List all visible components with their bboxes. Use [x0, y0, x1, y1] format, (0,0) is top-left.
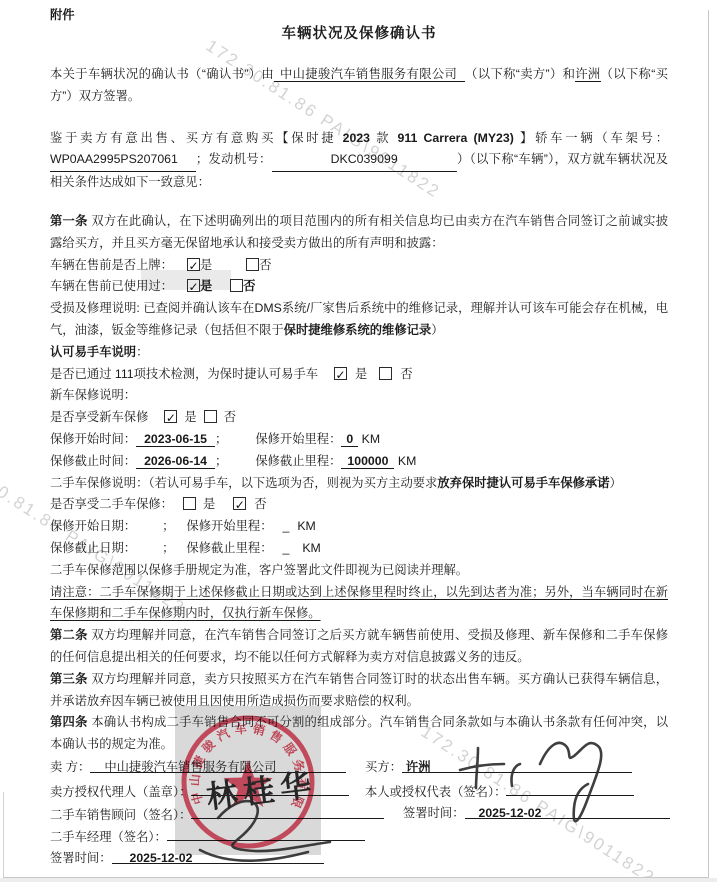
article-1: 第一条 双方在此确认，在下述明确列出的项目范围内的所有相关信息均已由卖方在汽车销…: [50, 211, 668, 255]
yes-label: 是: [184, 410, 196, 424]
new-warranty-question: 是否享受新车保修: [50, 410, 148, 424]
warranty-end-label: 保修截止时间：: [50, 454, 136, 468]
used-warranty-bold: 放弃保时捷认可易手车保修承诺: [437, 476, 609, 490]
article-2-text: 双方均理解并同意，在汽车销售合同签订之后买方就车辆售前使用、受损及修理、新车保修…: [50, 628, 668, 664]
cpo-heading: 认可易手车说明: [50, 345, 136, 359]
used-warranty-question: 是否享受二手车保修：: [50, 497, 173, 511]
checkbox-cpo-yes[interactable]: [334, 367, 347, 380]
warranty-start-km: 0: [341, 432, 358, 447]
blank-underscore: _: [283, 519, 290, 533]
warranty-end-km: 100000: [341, 454, 394, 469]
checkbox-used-warranty-yes[interactable]: [183, 497, 196, 510]
question-used-label: 车辆在售前已使用过：: [50, 279, 173, 293]
used-warranty-note: 二手车保修说明：（若认可易手车，以下选项为否，则视为买方主动要求放弃保时捷认可易…: [50, 473, 668, 495]
separator: ；: [215, 432, 227, 446]
page-edge-right: [708, 10, 709, 877]
vin-field: WP0AA2995PS207061: [50, 149, 196, 172]
question-used-row: 车辆在售前已使用过：是否: [50, 276, 668, 298]
warranty-attention-note: 请注意：二手车保修期于上述保修截止日期或达到上述保修里程时终止，以先到达者为准；…: [50, 582, 668, 626]
separator: ；: [162, 519, 174, 533]
checkbox-used-no[interactable]: [230, 279, 243, 292]
model-name: 911 Carrera (MY23): [398, 131, 514, 145]
blank-underscore: _: [283, 541, 290, 555]
question-plate-label: 车辆在售前是否上牌：: [50, 258, 173, 272]
used-warranty-scope: 二手车保修范围以保修手册规定为准，客户签署此文件即视为已阅读并理解。: [50, 560, 668, 582]
cpo-question: 是否已通过 111项技术检测，为保时捷认可易手车: [50, 367, 318, 381]
intro-paragraph: 本关于车辆状况的确认书（“确认书”）由中山捷骏汽车销售服务有限公司（以下称“卖方…: [50, 64, 668, 108]
checkbox-used-warranty-no[interactable]: [233, 497, 246, 510]
no-label: 否: [243, 279, 255, 293]
manager-label: 二手车经理（签名）：: [50, 830, 167, 844]
cpo-heading-row: 认可易手车说明：: [50, 342, 668, 364]
checkbox-plate-no[interactable]: [246, 258, 259, 271]
page-bottom-strip: [0, 878, 717, 882]
used-end-label: 保修截止日期：: [50, 541, 136, 555]
yes-label: 是: [355, 367, 367, 381]
vehicle-text: 款: [370, 131, 397, 145]
separator: ；: [162, 541, 174, 555]
used-end-km-label: 保修截止里程：: [186, 541, 272, 555]
article-4-label: 第四条: [50, 715, 88, 729]
separator: ；: [215, 454, 227, 468]
vehicle-text: 】轿车一辆（车架号：: [514, 131, 668, 145]
question-plate-row: 车辆在售前是否上牌：是否: [50, 255, 668, 277]
used-warranty-end-row: 保修截止日期：；保修截止里程：_KM: [50, 538, 668, 560]
intro-text: （以下称“卖方”）和: [465, 67, 575, 81]
seller-company-name: 中山捷骏汽车销售服务有限公司: [274, 67, 465, 82]
checkbox-used-yes[interactable]: [187, 279, 200, 292]
km-unit: KM: [362, 432, 380, 446]
article-1-text: 双方在此确认，在下述明确列出的项目范围内的所有相关信息均已由卖方在汽车销售合同签…: [50, 214, 668, 250]
yes-label: 是: [203, 497, 215, 511]
buyer-name: 许洲: [575, 67, 600, 82]
yes-label: 是: [200, 258, 212, 272]
checkbox-new-warranty-no[interactable]: [204, 410, 217, 423]
warranty-end-km-label: 保修截止里程：: [255, 454, 341, 468]
km-unit: KM: [398, 454, 416, 468]
used-warranty-question-row: 是否享受二手车保修：是否: [50, 494, 668, 516]
no-label: 否: [224, 410, 236, 424]
yes-label: 是: [200, 279, 212, 293]
no-label: 否: [254, 497, 266, 511]
used-start-km-label: 保修开始里程：: [186, 519, 272, 533]
confirmation-document-page: 172.30.81.86 PAIG\9011822 172.30.81.86 P…: [0, 0, 717, 882]
document-title: 车辆状况及保修确认书: [50, 24, 668, 44]
used-warranty-text: ）: [610, 476, 622, 490]
new-warranty-start-row: 保修开始时间：2023-06-15；保修开始里程：0 KM: [50, 429, 668, 451]
no-label: 否: [400, 367, 412, 381]
article-2-label: 第二条: [50, 628, 88, 642]
intro-text: 本关于车辆状况的确认书（“确认书”）由: [50, 67, 274, 81]
warranty-start-km-label: 保修开始里程：: [255, 432, 341, 446]
checkbox-cpo-no[interactable]: [379, 367, 392, 380]
article-3-label: 第三条: [50, 672, 88, 686]
vehicle-text: ；发动机号：: [196, 152, 272, 166]
attachment-label: 附件: [50, 6, 668, 24]
km-unit: KM: [297, 519, 315, 533]
km-unit: KM: [302, 541, 320, 555]
cpo-colon: ：: [136, 345, 148, 359]
used-start-label: 保修开始日期：: [50, 519, 136, 533]
seller-date-label: 签署时间：: [50, 851, 112, 865]
vehicle-paragraph: 鉴于卖方有意出售、买方有意购买【保时捷 2023 款 911 Carrera (…: [50, 128, 668, 194]
checkbox-new-warranty-yes[interactable]: [164, 410, 177, 423]
seller-label: 卖 方：: [50, 760, 90, 774]
engine-number-field: DKC039099: [272, 149, 457, 172]
page-edge-bottom: [3, 877, 709, 878]
consultant-signature-name: 林桂华: [205, 767, 319, 815]
article-1-label: 第一条: [50, 214, 88, 228]
page-edge-left: [3, 792, 4, 877]
new-warranty-question-row: 是否享受新车保修是否: [50, 407, 668, 429]
cpo-question-row: 是否已通过 111项技术检测，为保时捷认可易手车是否: [50, 364, 668, 386]
warranty-end-date: 2026-06-14: [136, 454, 215, 469]
warranty-start-date: 2023-06-15: [136, 432, 215, 447]
warranty-start-label: 保修开始时间：: [50, 432, 136, 446]
new-warranty-heading: 新车保修说明：: [50, 385, 668, 407]
damage-bold-text: 保时捷维修系统的维修记录: [284, 323, 432, 337]
handwritten-signatures-layer: 林桂华: [160, 690, 717, 880]
used-warranty-text: 二手车保修说明：（若认可易手车，以下选项为否，则视为买方主动要求: [50, 476, 437, 490]
vehicle-text: 鉴于卖方有意出售、买方有意购买【保时捷: [50, 131, 343, 145]
model-year: 2023: [343, 131, 370, 145]
new-warranty-end-row: 保修截止时间：2026-06-14；保修截止里程：100000 KM: [50, 451, 668, 473]
buyer-signature-scrawl: [460, 743, 601, 821]
damage-text: ）: [431, 323, 443, 337]
used-warranty-start-row: 保修开始日期：；保修开始里程：_KM: [50, 516, 668, 538]
damage-note: 受损及修理说明: 已查阅并确认该车在DMS系统/厂家售后系统中的维修记录，理解并…: [50, 298, 668, 342]
checkbox-plate-yes[interactable]: [187, 258, 200, 271]
article-2: 第二条 双方均理解并同意，在汽车销售合同签订之后买方就车辆售前使用、受损及修理、…: [50, 625, 668, 669]
no-label: 否: [259, 258, 271, 272]
